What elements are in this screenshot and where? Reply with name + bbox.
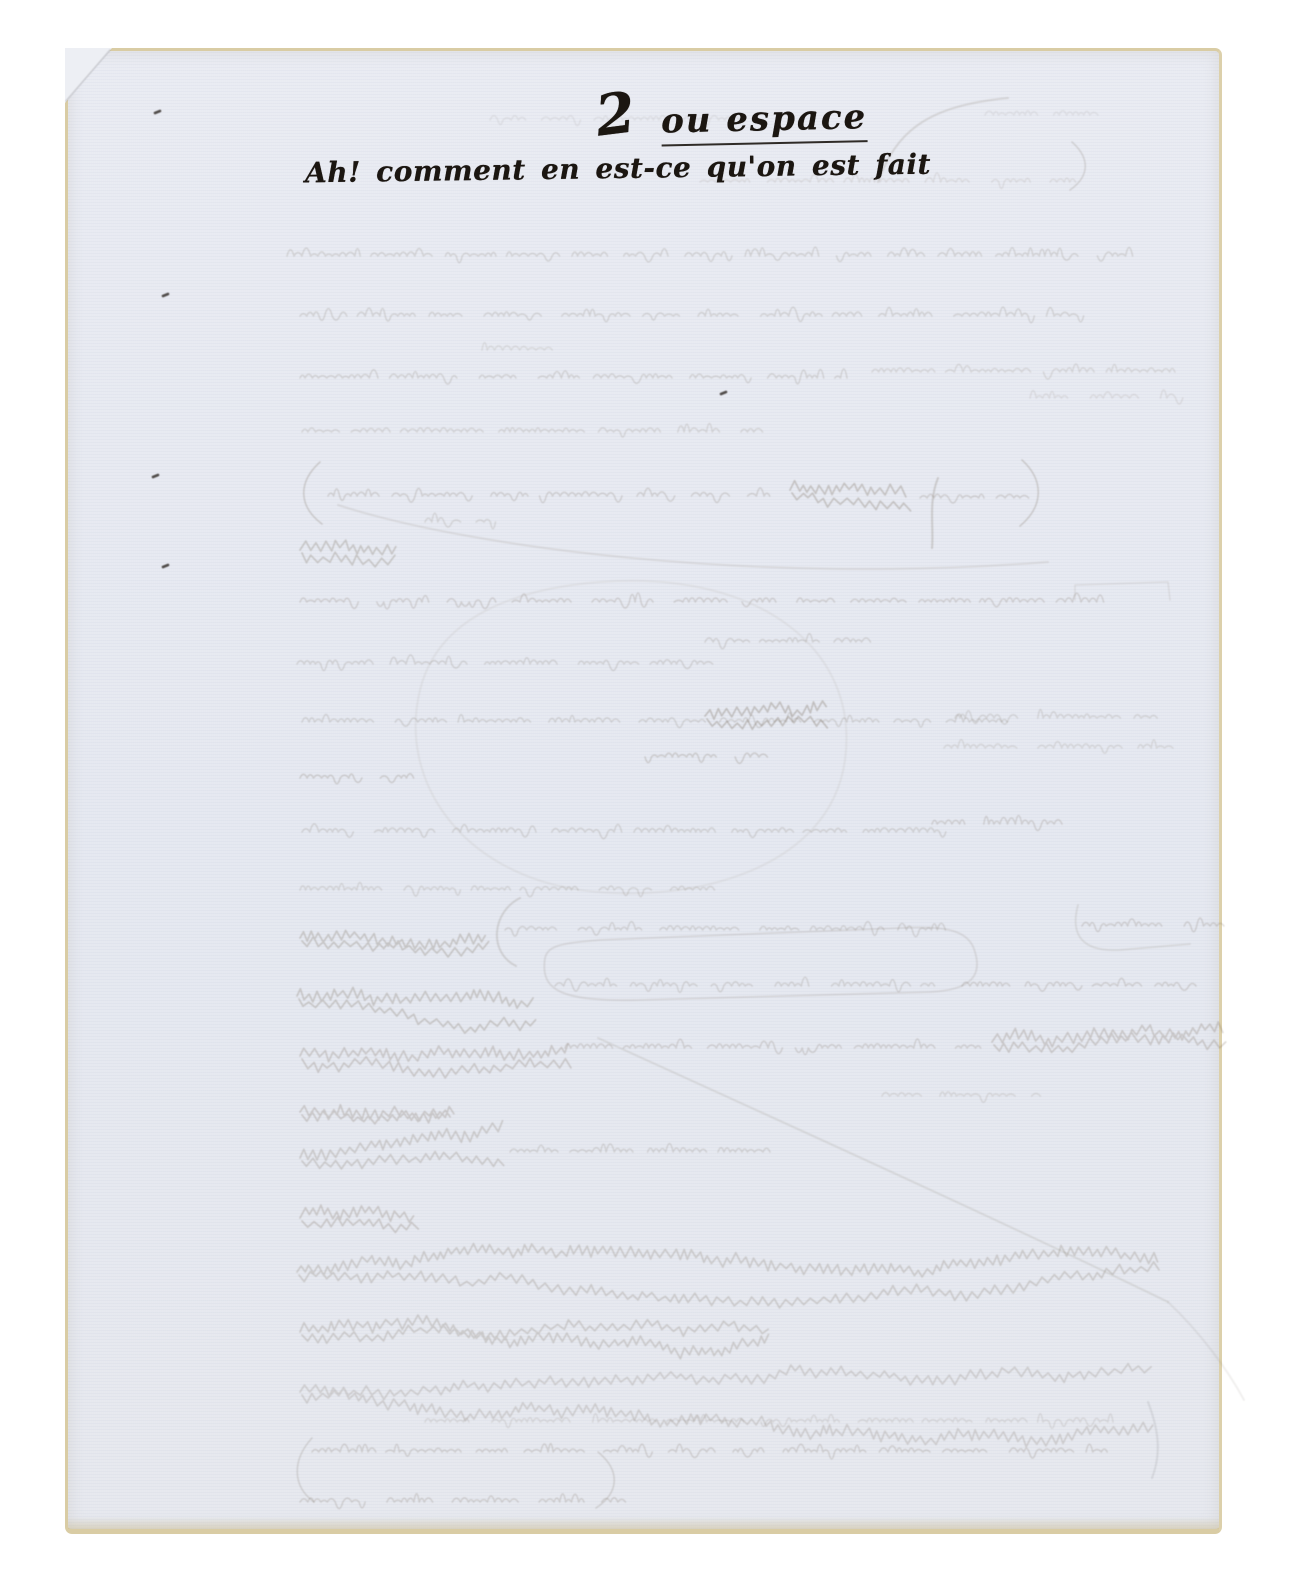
scanned-page: 2 ou espace Ah! comment en est-ce qu'on … <box>0 0 1290 1590</box>
page-title: ou espace <box>661 97 868 146</box>
page-heading: 2 ou espace <box>595 81 867 148</box>
page-number: 2 <box>593 84 639 144</box>
manuscript-paper <box>65 48 1222 1534</box>
